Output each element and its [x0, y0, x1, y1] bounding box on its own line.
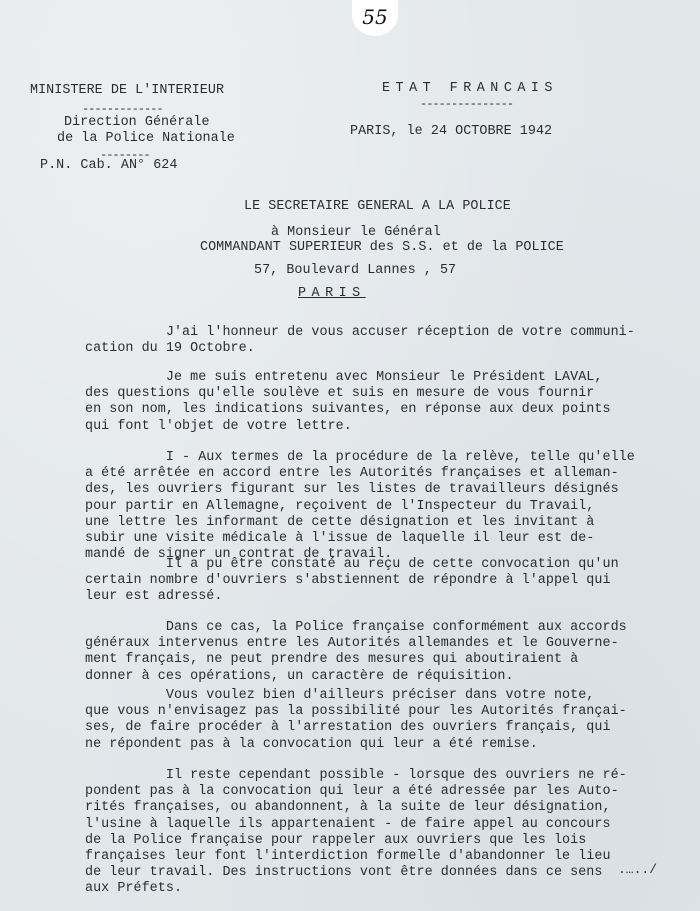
separator: -------------	[82, 104, 163, 114]
body-line: en son nom, les indications suivantes, e…	[85, 402, 611, 418]
body-line: leur est adressé.	[85, 589, 222, 605]
body-line: pour partir en Allemagne, reçoivent de l…	[85, 499, 594, 515]
body-line: de leur travail. Des instructions vont ê…	[85, 865, 602, 881]
recipient-city: PARIS	[298, 286, 366, 302]
body-line: ment français, ne peut prendre des mesur…	[85, 652, 578, 668]
direction-line-1: Direction Générale	[64, 115, 210, 131]
body-line: ses, de faire procéder à l'arrestation d…	[85, 720, 611, 736]
sender: LE SECRETAIRE GENERAL A LA POLICE	[244, 199, 511, 215]
ministry-heading: MINISTERE DE L'INTERIEUR	[30, 83, 224, 99]
body-line: subir une visite médicale à l'issue de l…	[85, 531, 594, 547]
body-line: Vous voulez bien d'ailleurs préciser dan…	[85, 688, 594, 704]
page-number: 55	[352, 0, 398, 36]
direction-line-2: de la Police Nationale	[57, 131, 235, 147]
body-line: Il reste cependant possible - lorsque de…	[85, 768, 627, 784]
body-line: I - Aux termes de la procédure de la rel…	[85, 450, 635, 466]
state-heading: ETAT FRANCAIS	[382, 81, 558, 97]
recipient-line-2: COMMANDANT SUPERIEUR des S.S. et de la P…	[200, 240, 564, 256]
body-line: des, les ouvriers figurant sur les liste…	[85, 482, 619, 498]
recipient-line-1: à Monsieur le Général	[271, 225, 441, 241]
document-page: 55 MINISTERE DE L'INTERIEUR ------------…	[0, 0, 700, 911]
reference-number: P.N. Cab. AN° 624	[40, 158, 177, 174]
body-line: certain nombre d'ouvriers s'abstiennent …	[85, 573, 611, 589]
body-line: a été arrêtée en accord entre les Autori…	[85, 466, 619, 482]
body-line: aux Préfets.	[85, 881, 182, 897]
body-line: Il a pu être constaté au reçu de cette c…	[85, 557, 619, 573]
place-date: PARIS, le 24 OCTOBRE 1942	[350, 124, 552, 140]
continuation-mark: .…../	[618, 862, 657, 877]
body-line: généraux intervenus entre les Autorités …	[85, 636, 619, 652]
body-line: françaises leur font l'interdiction form…	[85, 849, 611, 865]
body-line: donner à ces opérations, un caractère de…	[85, 669, 514, 685]
body-line: qui font l'objet de votre lettre.	[85, 419, 352, 435]
body-line: ne répondent pas à la convocation qui le…	[85, 737, 538, 753]
separator: ---------------	[420, 99, 513, 109]
recipient-address: 57, Boulevard Lannes , 57	[254, 263, 456, 279]
body-line: rités françaises, ou abandonnent, à la s…	[85, 800, 611, 816]
body-line: des questions qu'elle soulève et suis en…	[85, 386, 594, 402]
body-line: cation du 19 Octobre.	[85, 341, 255, 357]
body-line: Je me suis entretenu avec Monsieur le Pr…	[85, 370, 602, 386]
body-line: J'ai l'honneur de vous accuser réception…	[85, 325, 635, 341]
body-line: Dans ce cas, la Police française conform…	[85, 620, 627, 636]
body-line: l'usine à laquelle ils appartenaient - d…	[85, 817, 611, 833]
body-line: que vous n'envisagez pas la possibilité …	[85, 704, 627, 720]
body-line: une lettre les informant de cette désign…	[85, 515, 594, 531]
body-line: de la Police française pour rappeler aux…	[85, 833, 586, 849]
body-line: pondent pas à la convocation qui leur a …	[85, 784, 619, 800]
